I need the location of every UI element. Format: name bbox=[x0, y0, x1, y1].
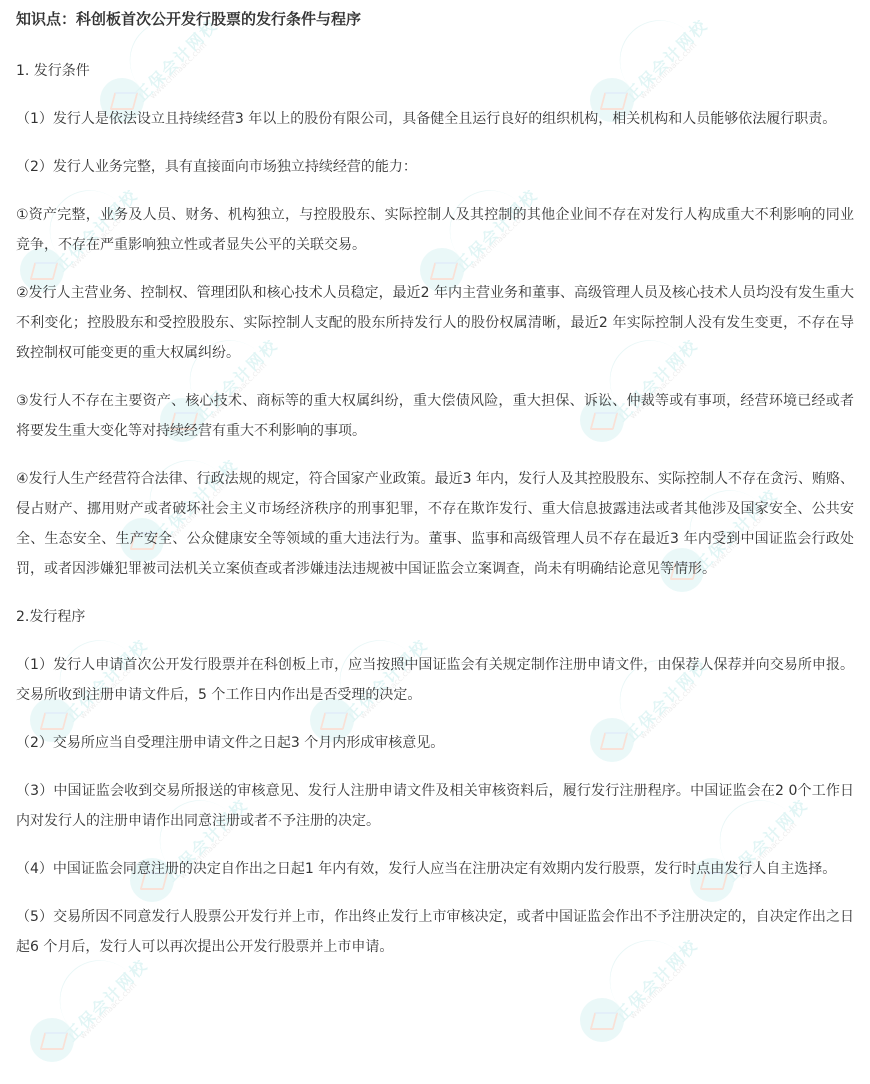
watermark-logo-icon: 正保会计网校www.chinaacc.com bbox=[30, 960, 140, 1070]
paragraph: （4）中国证监会同意注册的决定自作出之日起1 年内有效，发行人应当在注册决定有效… bbox=[16, 854, 854, 884]
paragraph: （2）交易所应当自受理注册申请文件之日起3 个月内形成审核意见。 bbox=[16, 728, 854, 758]
paragraph: （1）发行人是依法设立且持续经营3 年以上的股份有限公司，具备健全且运行良好的组… bbox=[16, 104, 854, 134]
paragraph: ③发行人不存在主要资产、核心技术、商标等的重大权属纠纷，重大偿债风险，重大担保、… bbox=[16, 386, 854, 446]
paragraph: （2）发行人业务完整，具有直接面向市场独立持续经营的能力： bbox=[16, 152, 854, 182]
section-heading: 1. 发行条件 bbox=[16, 56, 854, 86]
paragraph: ④发行人生产经营符合法律、行政法规的规定，符合国家产业政策。最近3 年内，发行人… bbox=[16, 464, 854, 584]
document-title: 知识点：科创板首次公开发行股票的发行条件与程序 bbox=[16, 4, 854, 34]
document-body: 知识点：科创板首次公开发行股票的发行条件与程序 1. 发行条件 （1）发行人是依… bbox=[0, 4, 870, 962]
section-issuance-conditions: 1. 发行条件 （1）发行人是依法设立且持续经营3 年以上的股份有限公司，具备健… bbox=[16, 56, 854, 584]
paragraph: ①资产完整，业务及人员、财务、机构独立，与控股股东、实际控制人及其控制的其他企业… bbox=[16, 200, 854, 260]
paragraph: （5）交易所因不同意发行人股票公开发行并上市，作出终止发行上市审核决定，或者中国… bbox=[16, 902, 854, 962]
paragraph: （1）发行人申请首次公开发行股票并在科创板上市，应当按照中国证监会有关规定制作注… bbox=[16, 650, 854, 710]
paragraph: （3）中国证监会收到交易所报送的审核意见、发行人注册申请文件及相关审核资料后，履… bbox=[16, 776, 854, 836]
paragraph: ②发行人主营业务、控制权、管理团队和核心技术人员稳定，最近2 年内主营业务和董事… bbox=[16, 278, 854, 368]
section-heading: 2.发行程序 bbox=[16, 602, 854, 632]
section-issuance-procedure: 2.发行程序 （1）发行人申请首次公开发行股票并在科创板上市，应当按照中国证监会… bbox=[16, 602, 854, 962]
